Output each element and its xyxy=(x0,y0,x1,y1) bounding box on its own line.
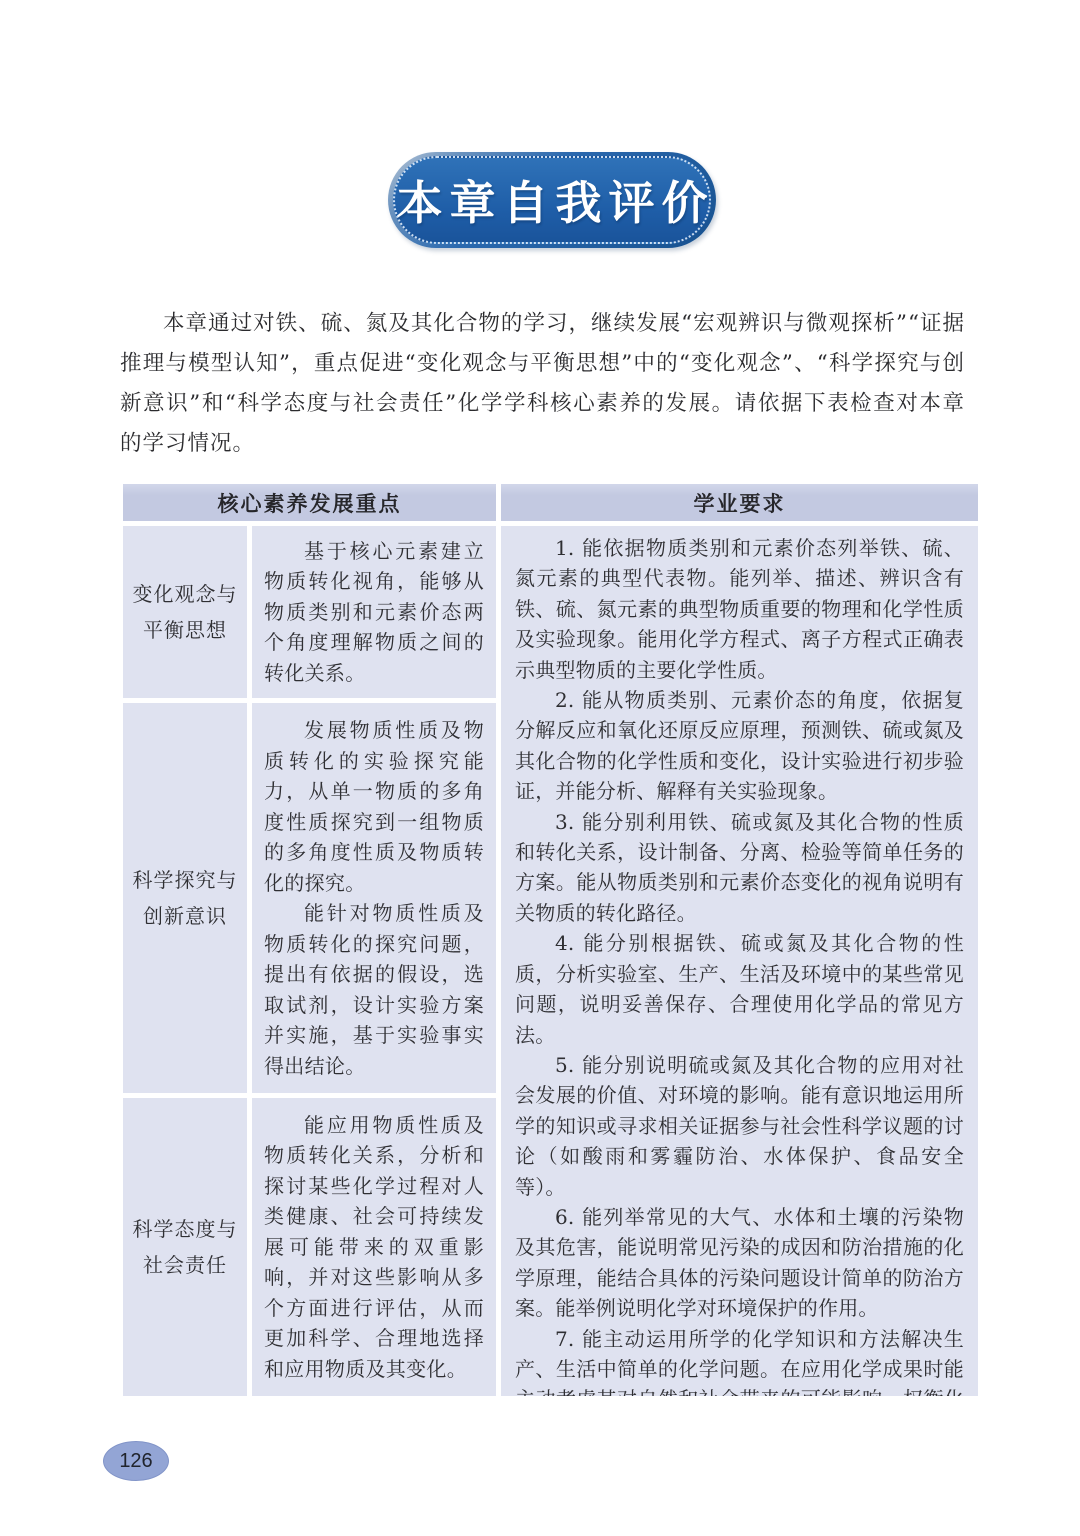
paragraph: 5. 能分别说明硫或氮及其化合物的应用对社会发展的价值、对环境的影响。能有意识地… xyxy=(515,1050,964,1202)
requirements-cell: 1. 能依据物质类别和元素价态列举铁、硫、氮元素的典型代表物。能列举、描述、辨识… xyxy=(501,526,978,1396)
category-cell-change-and-balance: 变化观念与 平衡思想 xyxy=(123,526,247,698)
paragraph: 7. 能主动运用所学的化学知识和方法解决生产、生活中简单的化学问题。在应用化学成… xyxy=(515,1324,964,1396)
chapter-title-badge: 本章自我评价 xyxy=(388,152,716,248)
page-number-badge: 126 xyxy=(103,1441,169,1481)
category-cell-inquiry-and-innovation: 科学探究与 创新意识 xyxy=(123,703,247,1093)
chapter-title-badge-inner: 本章自我评价 xyxy=(393,156,711,244)
evaluation-table: 核心素养发展重点 学业要求 变化观念与 平衡思想 基于核心元素建立物质转化视角，… xyxy=(123,484,978,1396)
description-cell-attitude-and-responsibility: 能应用物质性质及物质转化关系，分析和探讨某些化学过程对人类健康、社会可持续发展可… xyxy=(252,1098,496,1396)
description-cell-change-and-balance: 基于核心元素建立物质转化视角，能够从物质类别和元素价态两个角度理解物质之间的转化… xyxy=(252,526,496,698)
paragraph: 能针对物质性质及物质转化的探究问题，提出有依据的假设，选取试剂，设计实验方案并实… xyxy=(264,898,484,1081)
paragraph: 2. 能从物质类别、元素价态的角度，依据复分解反应和氧化还原反应原理，预测铁、硫… xyxy=(515,685,964,807)
column-header-core-literacy: 核心素养发展重点 xyxy=(123,484,496,521)
paragraph: 能应用物质性质及物质转化关系，分析和探讨某些化学过程对人类健康、社会可持续发展可… xyxy=(264,1110,484,1385)
paragraph: 3. 能分别利用铁、硫或氮及其化合物的性质和转化关系，设计制备、分离、检验等简单… xyxy=(515,807,964,929)
column-header-academic-requirements: 学业要求 xyxy=(501,484,978,521)
description-cell-inquiry-and-innovation: 发展物质性质及物质转化的实验探究能力，从单一物质的多角度性质探究到一组物质的多角… xyxy=(252,703,496,1093)
category-cell-attitude-and-responsibility: 科学态度与 社会责任 xyxy=(123,1098,247,1396)
paragraph: 6. 能列举常见的大气、水体和土壤的污染物及其危害，能说明常见污染的成因和防治措… xyxy=(515,1202,964,1324)
intro-paragraph: 本章通过对铁、硫、氮及其化合物的学习，继续发展“宏观辨识与微观探析”“证据推理与… xyxy=(120,304,965,464)
chapter-title: 本章自我评价 xyxy=(390,167,715,233)
paragraph: 发展物质性质及物质转化的实验探究能力，从单一物质的多角度性质探究到一组物质的多角… xyxy=(264,715,484,898)
paragraph: 4. 能分别根据铁、硫或氮及其化合物的性质，分析实验室、生产、生活及环境中的某些… xyxy=(515,928,964,1050)
textbook-page: 本章自我评价 本章通过对铁、硫、氮及其化合物的学习，继续发展“宏观辨识与微观探析… xyxy=(0,0,1080,1536)
paragraph: 1. 能依据物质类别和元素价态列举铁、硫、氮元素的典型代表物。能列举、描述、辨识… xyxy=(515,533,964,685)
paragraph: 基于核心元素建立物质转化视角，能够从物质类别和元素价态两个角度理解物质之间的转化… xyxy=(264,536,484,689)
